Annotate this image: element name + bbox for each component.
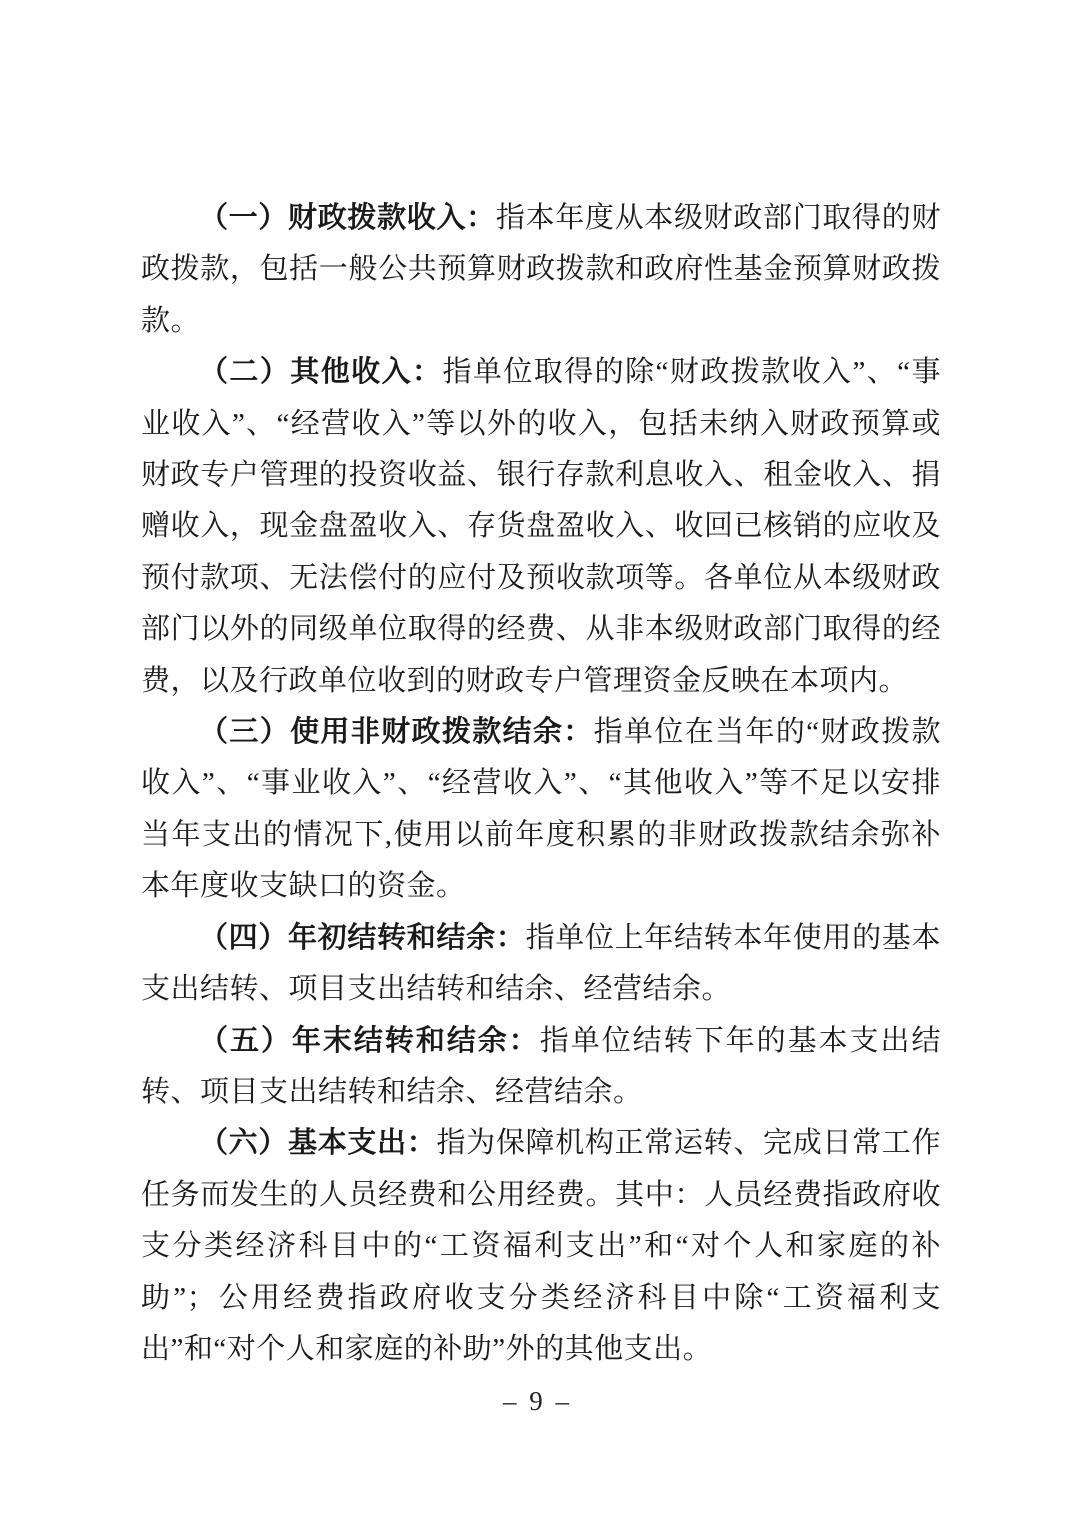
paragraph-3: （三）使用非财政拨款结余：指单位在当年的“财政拨款收入”、“事业收入”、“经营收… [141,707,941,913]
paragraph-1: （一）财政拨款收入：指本年度从本级财政部门取得的财政拨款，包括一般公共预算财政拨… [141,193,941,347]
paragraph-4-heading: （四）年初结转和结余： [199,922,526,954]
paragraph-5: （五）年末结转和结余：指单位结转下年的基本支出结转、项目支出结转和结余、经营结余… [141,1016,941,1119]
paragraph-1-heading: （一）财政拨款收入： [199,202,496,234]
page-number-label: – 9 – [503,1386,572,1416]
paragraph-3-heading: （三）使用非财政拨款结余： [199,716,594,748]
paragraph-4: （四）年初结转和结余：指单位上年结转本年使用的基本支出结转、项目支出结转和结余、… [141,913,941,1016]
document-page: （一）财政拨款收入：指本年度从本级财政部门取得的财政拨款，包括一般公共预算财政拨… [0,0,1075,1520]
paragraph-6-heading: （六）基本支出： [199,1127,437,1159]
paragraph-6-text: 指为保障机构正常运转、完成日常工作任务而发生的人员经费和公用经费。其中：人员经费… [141,1127,941,1365]
paragraph-2-heading: （二）其他收入： [199,356,442,388]
paragraph-2-text: 指单位取得的除“财政拨款收入”、“事业收入”、“经营收入”等以外的收入，包括未纳… [141,356,941,696]
paragraph-2: （二）其他收入：指单位取得的除“财政拨款收入”、“事业收入”、“经营收入”等以外… [141,347,941,707]
paragraph-5-heading: （五）年末结转和结余： [199,1025,540,1057]
page-number: – 9 – [0,1386,1075,1417]
document-body: （一）财政拨款收入：指本年度从本级财政部门取得的财政拨款，包括一般公共预算财政拨… [141,193,941,1375]
paragraph-6: （六）基本支出：指为保障机构正常运转、完成日常工作任务而发生的人员经费和公用经费… [141,1118,941,1375]
